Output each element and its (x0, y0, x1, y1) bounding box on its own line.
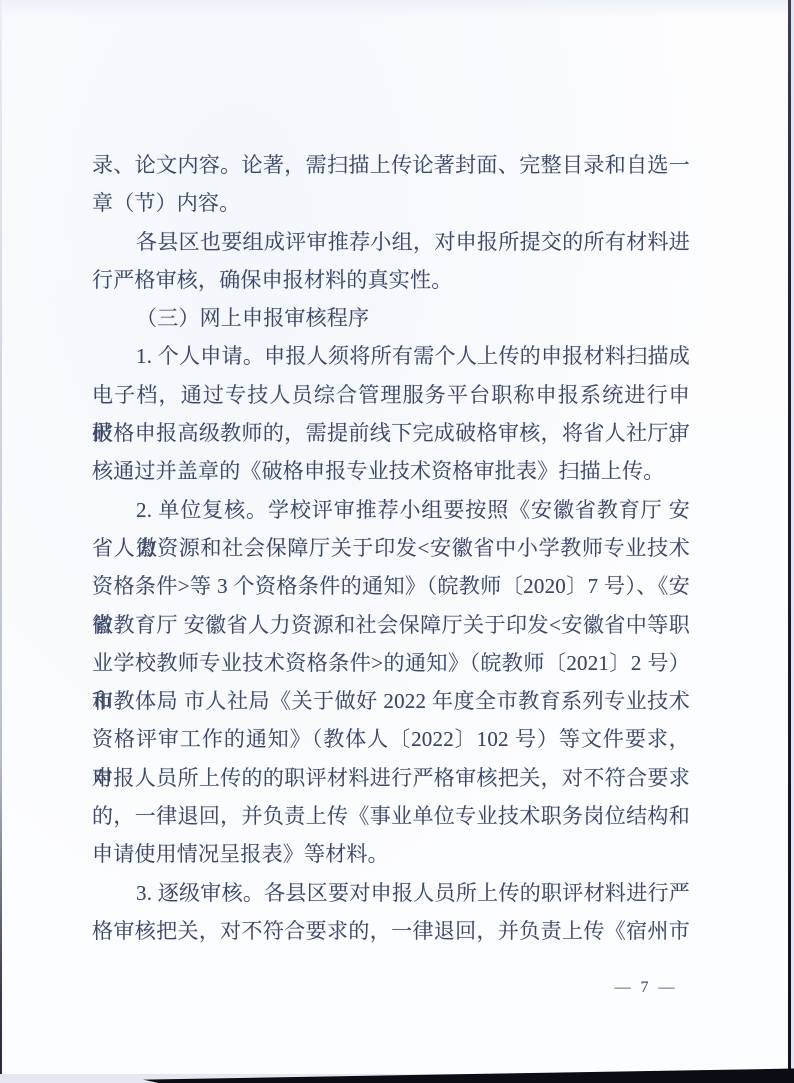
text-line: 业学校教师专业技术资格条件>的通知》（皖教师〔2021〕2 号）和 (92, 644, 690, 682)
text-line: 破格申报高级教师的，需提前线下完成破格审核，将省人社厅审 (92, 414, 690, 452)
text-line: 省人力资源和社会保障厅关于印发<安徽省中小学教师专业技术 (92, 529, 690, 567)
text-line: 章（节）内容。 (92, 184, 690, 222)
text-line: 的，一律退回，并负责上传《事业单位专业技术职务岗位结构和 (92, 797, 690, 835)
text-line: 各县区也要组成评审推荐小组，对申报所提交的所有材料进 (92, 223, 690, 261)
document-page: 录、论文内容。论著，需扫描上传论著封面、完整目录和自选一章（节）内容。各县区也要… (0, 0, 794, 1083)
document-body: 录、论文内容。论著，需扫描上传论著封面、完整目录和自选一章（节）内容。各县区也要… (92, 146, 690, 950)
text-line: 电子档，通过专技人员综合管理服务平台职称申报系统进行申报。 (92, 376, 690, 414)
scan-edge-left (0, 0, 2, 1083)
text-line: 省教育厅 安徽省人力资源和社会保障厅关于印发<安徽省中等职 (92, 606, 690, 644)
text-line: 市教体局 市人社局《关于做好 2022 年度全市教育系列专业技术 (92, 682, 690, 720)
text-line: 行严格审核，确保申报材料的真实性。 (92, 261, 690, 299)
scan-edge-right-dark (788, 0, 791, 1083)
text-line: 核通过并盖章的《破格申报专业技术资格审批表》扫描上传。 (92, 452, 690, 490)
text-line: 申请使用情况呈报表》等材料。 (92, 835, 690, 873)
scan-top-haze (0, 0, 794, 18)
text-line: 2. 单位复核。学校评审推荐小组要按照《安徽省教育厅 安徽 (92, 491, 690, 529)
text-line: 1. 个人申请。申报人须将所有需个人上传的申报材料扫描成 (92, 337, 690, 375)
text-line: 申报人员所上传的的职评材料进行严格审核把关，对不符合要求 (92, 759, 690, 797)
text-line: 录、论文内容。论著，需扫描上传论著封面、完整目录和自选一 (92, 146, 690, 184)
text-line: 资格条件>等 3 个资格条件的通知》（皖教师〔2020〕7 号）、《安徽 (92, 567, 690, 605)
text-line: 资格评审工作的通知》（教体人〔2022〕102 号）等文件要求，对 (92, 720, 690, 758)
text-line: 格审核把关，对不符合要求的，一律退回，并负责上传《宿州市 (92, 912, 690, 950)
page-number: — 7 — (604, 979, 688, 997)
text-line: 3. 逐级审核。各县区要对申报人员所上传的职评材料进行严 (92, 874, 690, 912)
text-line: （三）网上申报审核程序 (92, 299, 690, 337)
